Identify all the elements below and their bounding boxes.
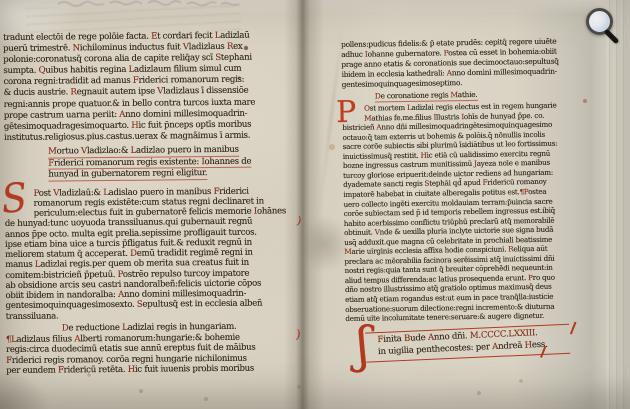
left-page-text-column: tradunt electōi de rege polōie facta. Et… xyxy=(3,30,292,377)
stain-smudge xyxy=(299,216,349,272)
paragraph-ladislaus: ) ¶Ladizlaus filius Alberti romanorum:hu… xyxy=(6,332,292,377)
initial-letter: P xyxy=(336,100,356,126)
paragraph-end-vladislaus: tradunt electōi de rege polōie facta. Et… xyxy=(3,30,290,144)
foxing-specks xyxy=(0,0,2,2)
paragraph-ladislaus-death: pollens:pudicus fidelis:& p̄ etate prudē… xyxy=(341,36,576,90)
paragraph-hunyadi: S ) Post Vladizlaū:& Ladislao puero in m… xyxy=(4,186,291,322)
right-page-text-column: pollens:pudicus fidelis:& p̄ etate prudē… xyxy=(341,36,580,362)
colophon: ʃ Finita Bude Anno dñi. M.CCCC.LXXIII.in… xyxy=(365,323,570,361)
text-line: hunyad in gubernatorem regni eligitur. xyxy=(48,168,207,181)
text-line: transsiluana. xyxy=(6,309,292,322)
colophon-corner-stroke xyxy=(570,321,577,334)
text-line: institutus.religiosus.pius.castus.uerax … xyxy=(4,130,290,144)
paragraph-matthias: P Ost mortem Ladizlai regis electus est … xyxy=(342,100,579,323)
fore-edge-page-stack xyxy=(606,0,630,409)
rubricated-initial-p: P xyxy=(342,104,364,123)
text-line: De coronatione regis Mathie. xyxy=(375,90,478,102)
book-spread-photo: tradunt electōi de rege polōie facta. Et… xyxy=(0,0,630,409)
faded-handwriting xyxy=(56,0,246,12)
red-margin-mark: ) xyxy=(295,329,301,340)
magnifier-handle xyxy=(604,29,620,45)
rubricated-initial-s: S xyxy=(4,188,33,209)
zoom-button[interactable] xyxy=(585,5,625,47)
initial-letter: S xyxy=(0,181,27,215)
rubric-heading-governor: Mortuo Vladizlao:& Ladizlao puero in man… xyxy=(48,144,290,181)
